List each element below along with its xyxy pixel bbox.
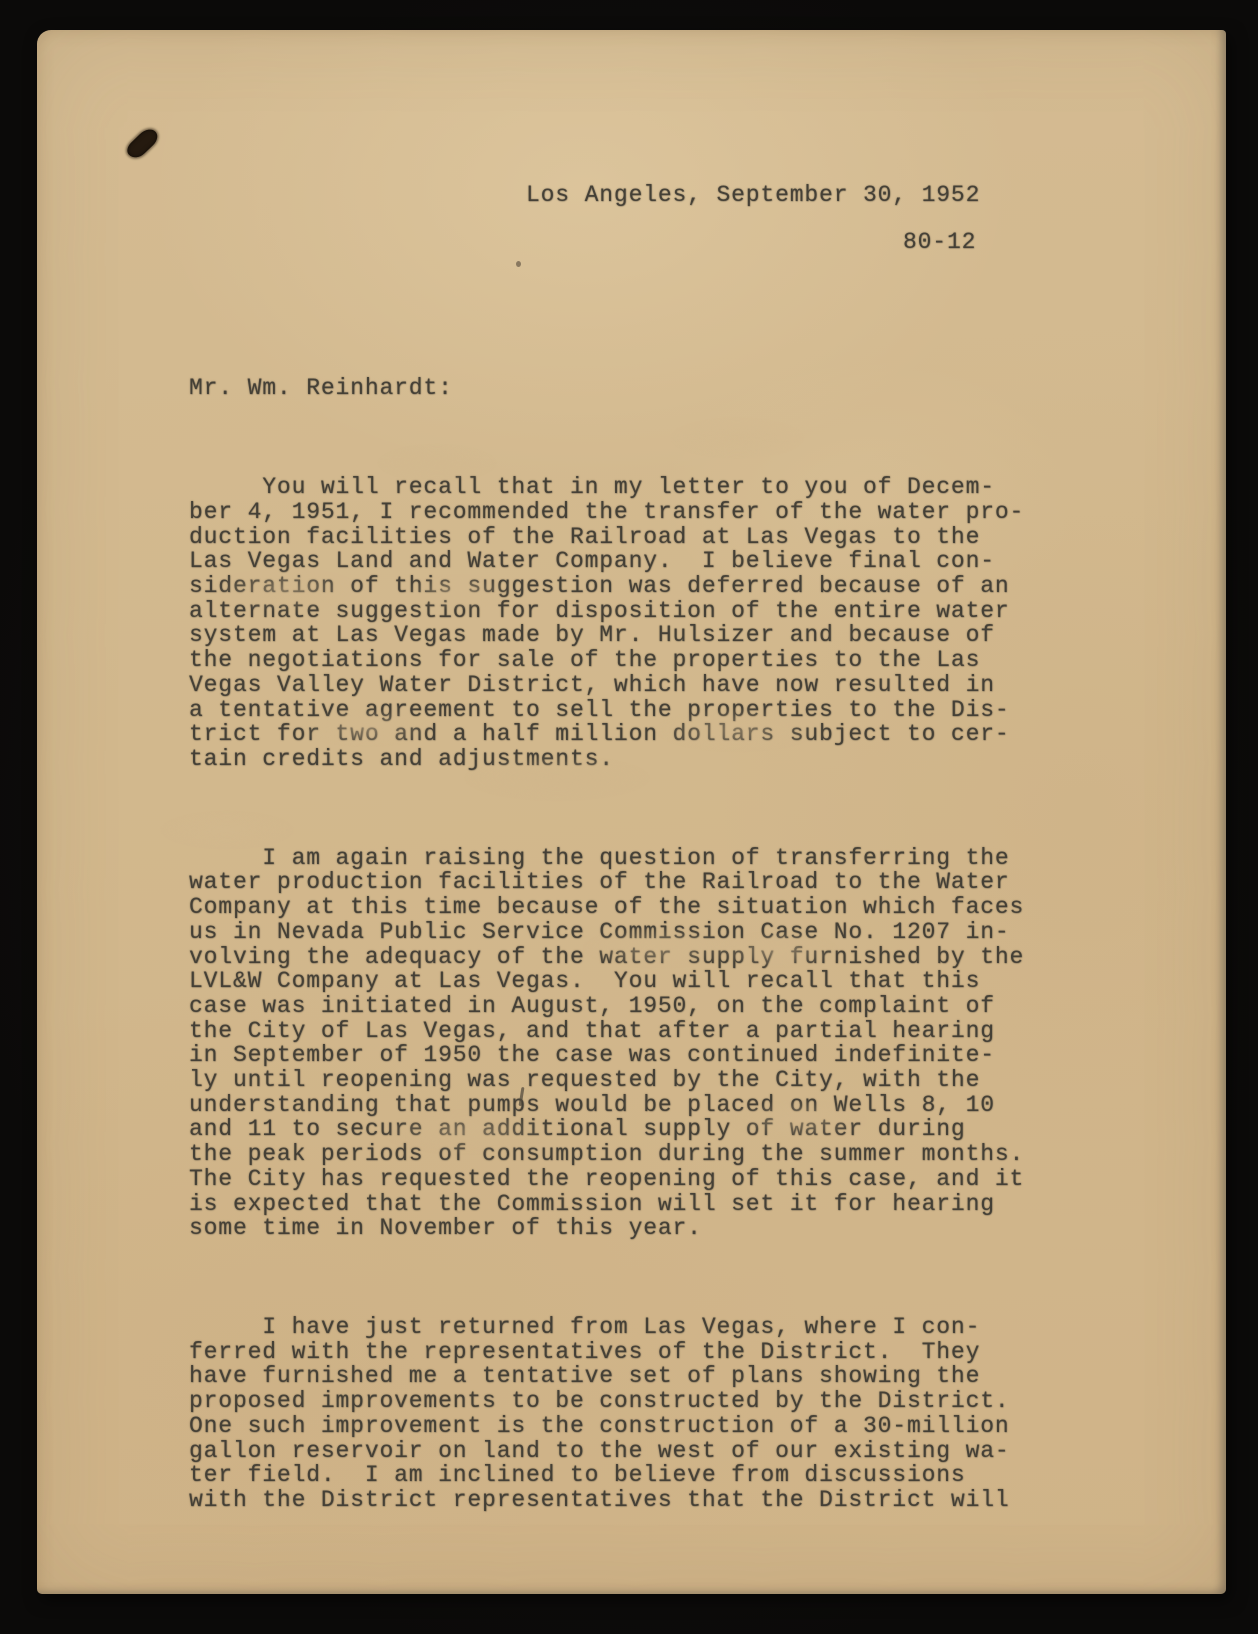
reference-number: 80-12	[903, 230, 976, 255]
salutation: Mr. Wm. Reinhardt:	[189, 376, 1024, 401]
paragraph-1: You will recall that in my letter to you…	[189, 475, 1024, 771]
paragraph-3: I have just returned from Las Vegas, whe…	[189, 1315, 1024, 1513]
letter-page: Los Angeles, September 30, 1952 80-12 Mr…	[37, 30, 1226, 1594]
ink-blot-mark	[124, 125, 161, 162]
letter-body: Mr. Wm. Reinhardt: You will recall that …	[189, 327, 1024, 1587]
dateline: Los Angeles, September 30, 1952	[526, 183, 980, 208]
paragraph-2: I am again raising the question of trans…	[189, 846, 1024, 1241]
paper-speck	[516, 261, 521, 267]
